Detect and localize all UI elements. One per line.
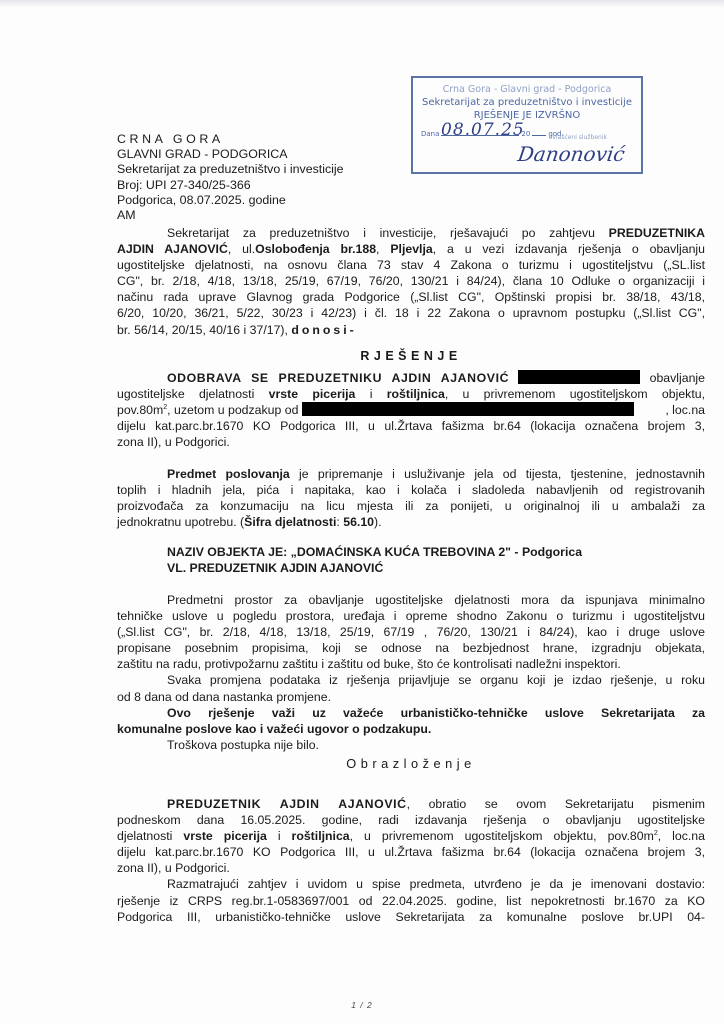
page-number: 1 / 2 [0,1000,724,1010]
reasoning-p2-line-3: Podgorica III, urbanističko-tehničke usl… [117,909,705,925]
activity-type-2: roštiljnica [292,829,350,843]
reasoning-p1-line-5: zona II), u Podgorici. [117,860,705,876]
decision-paragraph-2: Predmet poslovanja je pripremanje i uslu… [117,466,705,530]
stamp-date-underline [441,135,519,136]
reasoning-text: , u privremenom ugostiteljskom objektu, … [350,829,654,843]
applicant-city: Pljevlja [390,242,432,256]
stamp-line-2: Sekretarijat za preduzetništvo i investi… [413,96,641,109]
reasoning-p2-line-1: Razmatrajući zahtjev i uvidom u spise pr… [117,876,705,892]
reasoning-text: djelatnosti [117,829,183,843]
intro-text: , [376,242,390,256]
reasoning-title: Obrazloženje [117,756,705,771]
intro-text: , a u vezi izdavanja rješenja o obavljan… [433,242,705,256]
reasoning-p1-line-4: dijelu kat.parc.br.1670 KO Podgorica III… [117,844,705,860]
reasoning-text: i [267,829,292,843]
activity-type-1: vrste picerija [269,387,356,401]
decision-p2-line-4: jednokratnu upotrebu. (Šifra djelatnosti… [117,514,705,530]
header-initials: AM [117,208,344,223]
intro-line-5: načinu rada uprave Glavnog grada Podgori… [117,289,705,305]
decision-text: ugostiteljske djelatnosti [117,387,269,401]
applicant-name: PREDUZETNIK AJDIN AJANOVIĆ [167,797,407,811]
decision-p2-line-1: Predmet poslovanja je pripremanje i uslu… [117,466,705,482]
decision-p1-line-5: zona II), u Podgorici. [117,434,705,450]
stamp-year-underline [532,135,546,136]
decision-title: RJEŠENJE [117,349,705,363]
intro-text: , ul. [228,242,255,256]
decision-text: je pripremanje i usluživanje jela od tij… [290,467,705,481]
intro-text: Sekretarijat za preduzetništvo i investi… [167,226,609,240]
activity-code-value: 56.10 [343,515,374,529]
applicant-title: PREDUZETNIKA [609,226,705,240]
intro-line-1: Sekretarijat za preduzetništvo i investi… [117,225,705,241]
intro-line-2: AJDIN AJANOVIĆ, ul.Oslobođenja br.188, P… [117,241,705,257]
activity-code-label: Šifra djelatnosti [244,515,336,529]
decision-p1-line-1: ODOBRAVA SE PREDUZETNIKU AJDIN AJANOVIĆ … [117,370,705,386]
scan-edge [0,0,724,8]
object-name: NAZIV OBJEKTA JE: „DOMAĆINSKA KUĆA TREBO… [167,544,705,560]
applicant-street: Oslobođenja br.188 [255,242,376,256]
decision-p3-line-2: tehničke uslove u pogledu prostora, uređ… [117,608,705,624]
stamp-signature: Danonović [516,142,626,166]
stamp-line-1: Crna Gora - Glavni grad - Podgorica [413,84,641,96]
reasoning-text: , obratio se ovom Sekretarijatu pismenim [407,797,705,811]
approval-statement: ODOBRAVA SE PREDUZETNIKU AJDIN AJANOVIĆ [167,371,509,385]
header-country: CRNA GORA [117,132,344,147]
decision-p3-line-3: („Sl.list CG", br. 2/18, 4/18, 13/18, 25… [117,624,705,640]
decision-p3-line-1: Predmetni prostor za obavljanje ugostite… [117,592,705,608]
applicant-name: AJDIN AJANOVIĆ [117,242,228,256]
decision-p1-line-2: ugostiteljske djelatnosti vrste picerija… [117,386,705,402]
document-page: Crna Gora - Glavni grad - Podgorica Sekr… [0,0,724,1024]
object-name-block: NAZIV OBJEKTA JE: „DOMAĆINSKA KUĆA TREBO… [167,544,705,576]
executive-stamp: Crna Gora - Glavni grad - Podgorica Sekr… [411,76,643,174]
decision-p1-line-4: dijelu kat.parc.br.1670 KO Podgorica III… [117,418,705,434]
business-subject-label: Predmet poslovanja [167,467,290,481]
stamp-authorized-label: ovlašćeni službenik [549,134,607,141]
object-owner: VL. PREDUZETNIK AJDIN AJANOVIĆ [167,560,705,576]
decision-paragraph-1: ODOBRAVA SE PREDUZETNIKU AJDIN AJANOVIĆ … [117,370,705,450]
decision-p2-line-3: proizvođača za konzumaciju na licu mjest… [117,498,705,514]
reasoning-paragraph-1: PREDUZETNIK AJDIN AJANOVIĆ, obratio se o… [117,796,705,925]
reasoning-p1-line-3: djelatnosti vrste picerija i roštiljnica… [117,828,705,844]
decision-text: ). [374,515,382,529]
header-date: Podgorica, 08.07.2025. godine [117,193,344,208]
decision-p3-line-5: zaštitu na radu, protivpožarnu zaštitu i… [117,656,705,672]
activity-type-1: vrste picerija [183,829,266,843]
intro-paragraph: Sekretarijat za preduzetništvo i investi… [117,225,705,338]
decision-p4-line-2: od 8 dana od dana nastanka promjene. [117,689,705,705]
activity-type-2: roštiljnica [387,387,445,401]
reasoning-p2-line-2: rješenje iz CRPS reg.br.1-0583697/001 od… [117,893,705,909]
reasoning-p1-line-2: podneskom dana 16.05.2025. godine, radi … [117,812,705,828]
decision-paragraph-3: Predmetni prostor za obavljanje ugostite… [117,592,705,753]
decision-p1-line-3: pov.80m2, uzetom u podzakup od , loc.na [117,402,705,418]
redacted-block [302,402,634,416]
decision-p3-line-4: propisane posebnim propisima, koji se od… [117,640,705,656]
decision-text: jednokratnu upotrebu. ( [117,515,244,529]
area-value: pov.80m [117,403,163,417]
decision-p4-line-1: Svaka promjena podataka iz rješenja prij… [117,672,705,688]
stamp-date-label: Dana [421,130,439,138]
decision-p2-line-2: toplih i hladnih jela, pića i napitaka, … [117,482,705,498]
header-city: GLAVNI GRAD - PODGORICA [117,147,344,162]
decision-p5-line-1: Ovo rješenje važi uz važeće urbanističko… [117,705,705,721]
reasoning-text: , loc.na [658,829,705,843]
reasoning-p1-line-1: PREDUZETNIK AJDIN AJANOVIĆ, obratio se o… [117,796,705,812]
intro-line-7: br. 56/14, 20/15, 40/16 i 37/17), donosi… [117,322,705,338]
intro-text: br. 56/14, 20/15, 40/16 i 37/17), [117,323,291,337]
intro-line-6: 6/20, 10/20, 36/21, 5/22, 30/23 i 42/23)… [117,305,705,321]
decision-p5-line-2: komunalne poslove kao i važeći ugovor o … [117,721,705,737]
header-department: Sekretarijat za preduzetništvo i investi… [117,162,344,177]
costs-statement: Troškova postupka nije bilo. [117,737,705,753]
decision-text: obavljanje [650,371,705,385]
decision-text: , u privremenom ugostiteljskom objektu, [445,387,705,401]
intro-line-4: CG", br. 2/18, 4/18, 13/18, 25/19, 67/19… [117,273,705,289]
decision-text: , uzetom u podzakup od [167,403,298,417]
decision-text: , loc.na [665,402,705,418]
intro-line-3: ugostiteljske djelatnosti, na osnovu čla… [117,257,705,273]
donosi-label: donosi- [291,323,356,337]
decision-text: i [355,387,386,401]
header-number: Broj: UPI 27-340/25-366 [117,178,344,193]
document-header: CRNA GORA GLAVNI GRAD - PODGORICA Sekret… [117,132,344,223]
redacted-block [518,370,640,384]
